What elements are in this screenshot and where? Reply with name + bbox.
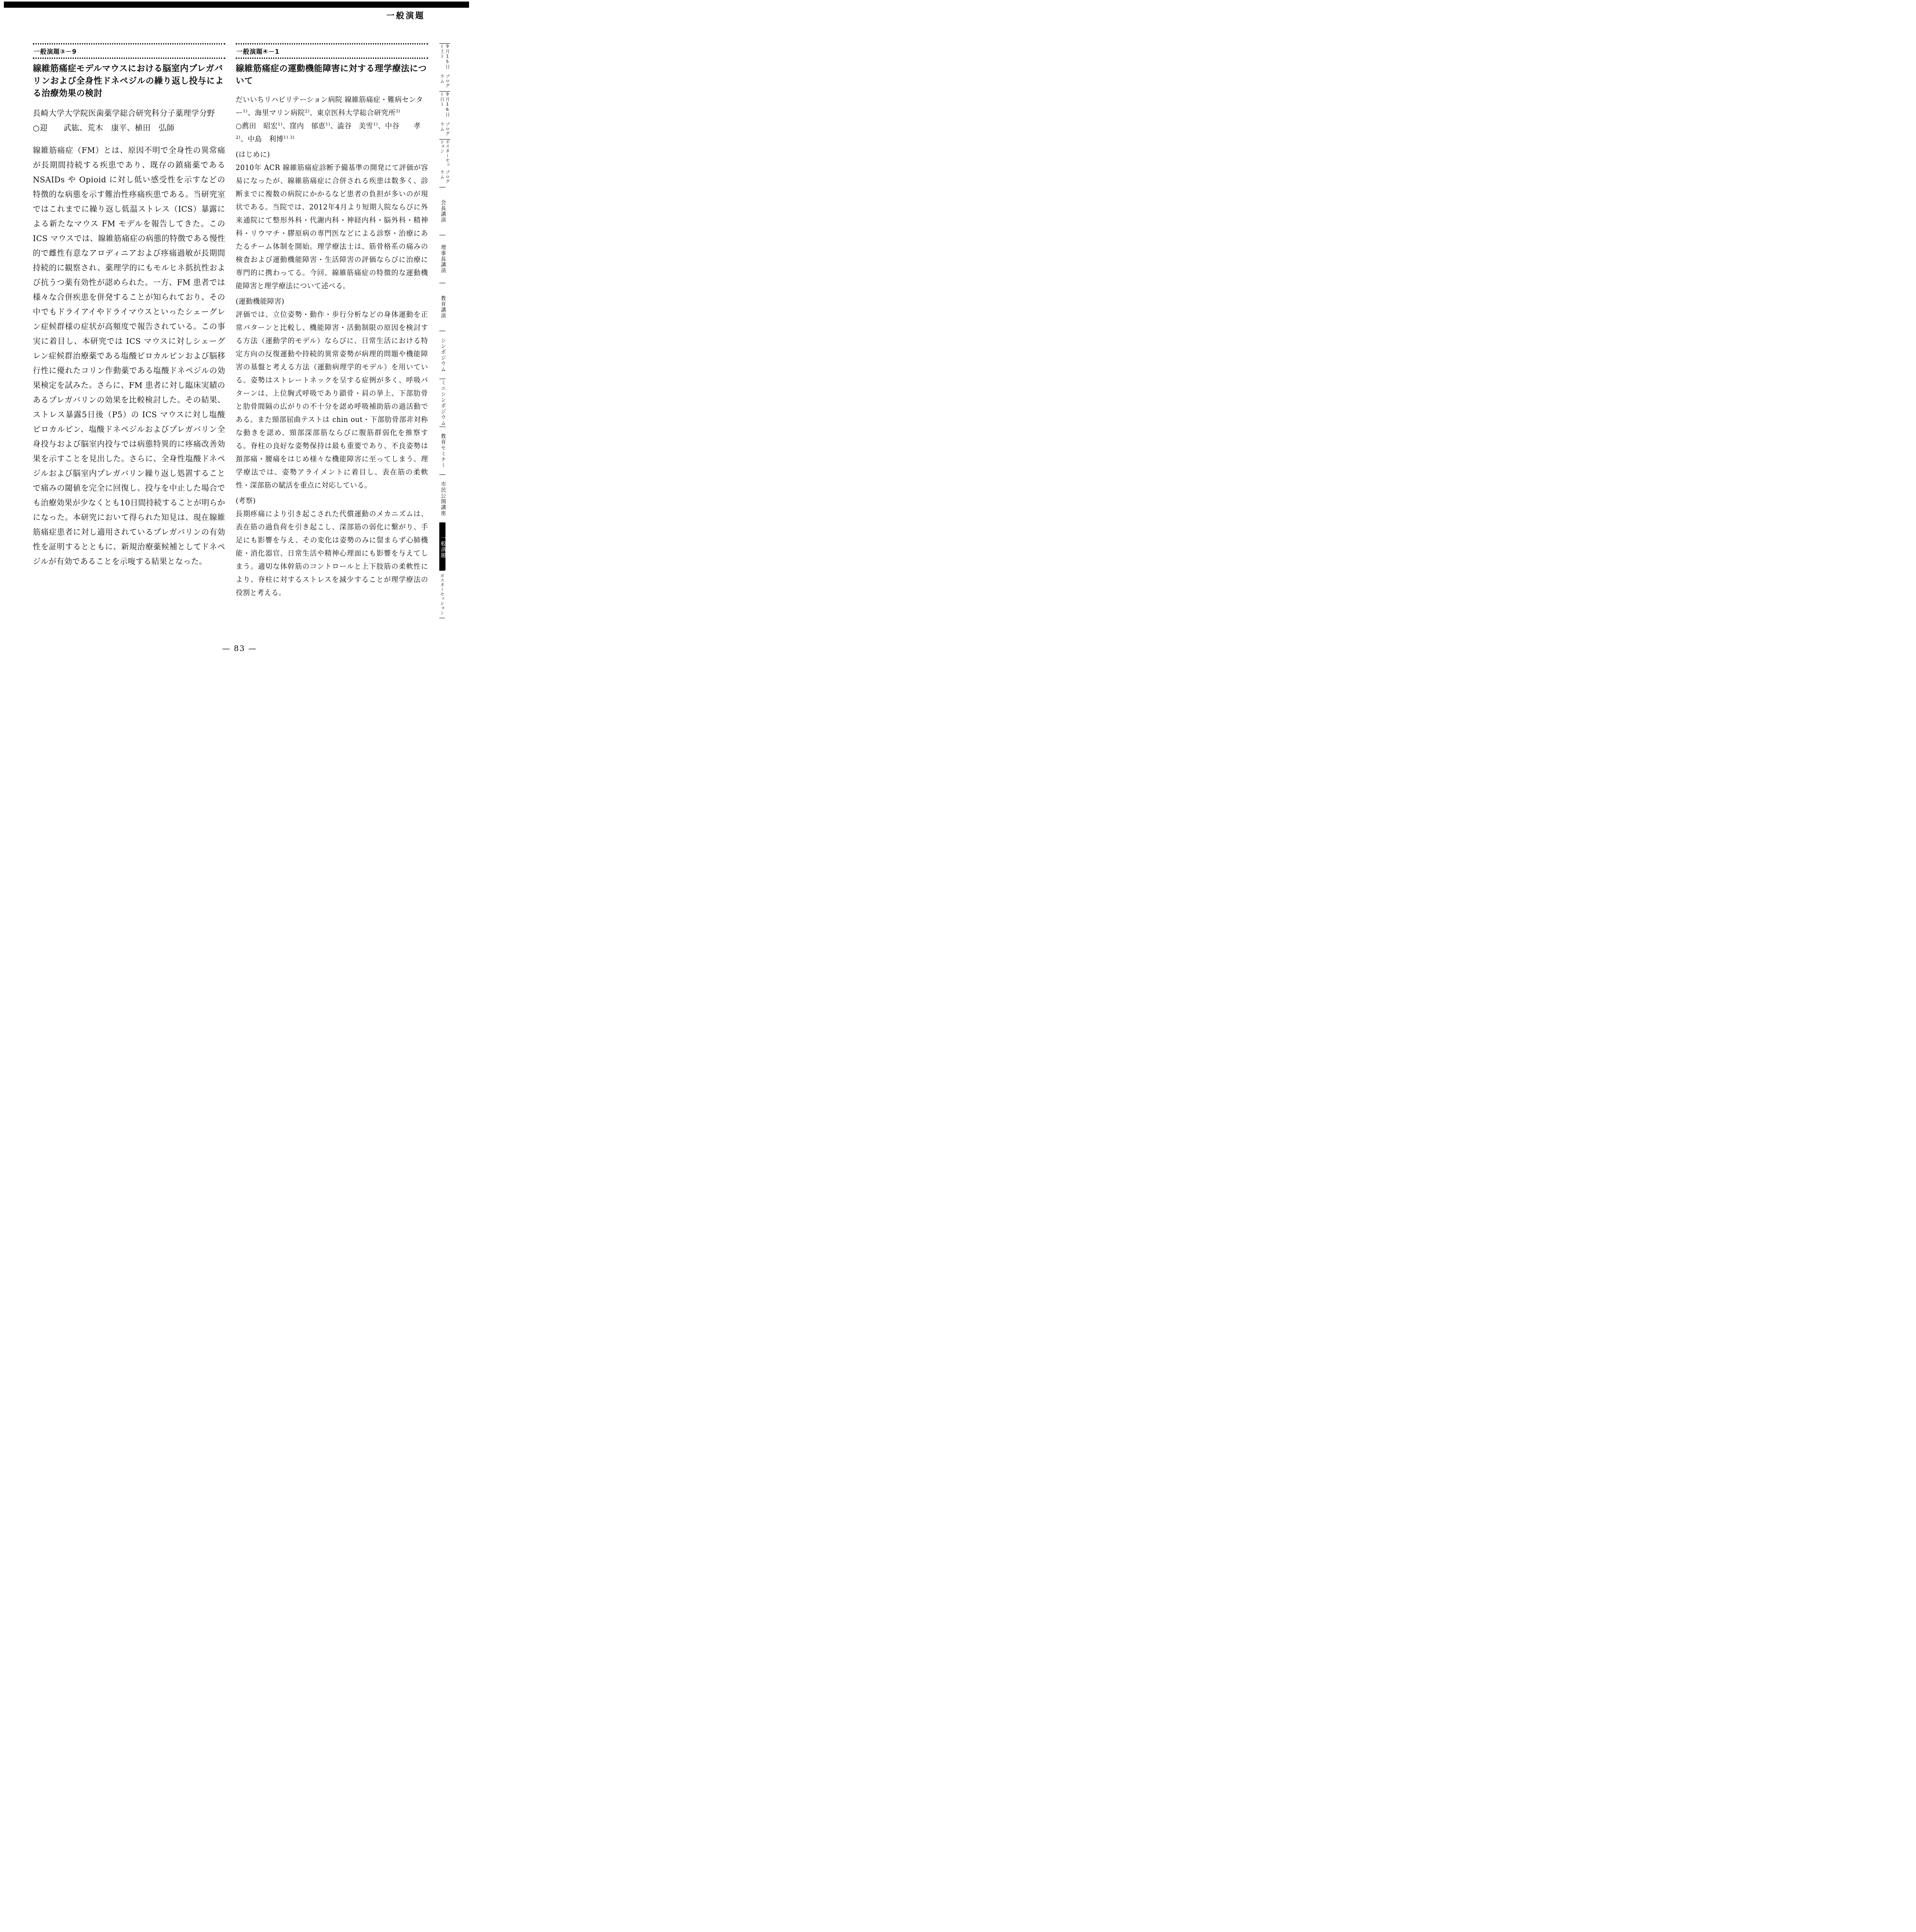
- abstract-right: 一般演題④－1 線維筋痛症の運動機能障害に対する理学療法について だいいちリハビ…: [236, 43, 428, 600]
- section-body: 2010年 ACR 線維筋痛症診断予備基準の開発にて評価が容易になったが、線維筋…: [236, 162, 428, 293]
- superscript-ref: 2): [305, 109, 309, 114]
- abstract-body: 線維筋痛症（FM）とは、原因不明で全身性の異常痛が長期間持続する疾患であり、既存…: [33, 143, 225, 569]
- section-body: 長期疼痛により引き起こされた代償運動のメカニズムは、表在筋の過負荷を引き起こし、…: [236, 508, 428, 600]
- text-run: 、澁谷 美雪: [330, 122, 373, 130]
- sidebar-tab-1: 9月15日(土)プログラム: [439, 43, 450, 91]
- sidebar-tab-11-active: 一般演題: [439, 522, 445, 570]
- text-run: 、東京医科大学総合研究所: [309, 109, 395, 117]
- abstract-title: 線維筋痛症の運動機能障害に対する理学療法について: [236, 63, 428, 87]
- sidebar-tab-10: 市民公開講座: [439, 474, 445, 522]
- thumb-index-sidebar: 9月15日(土)プログラム9月16日(日)プログラムポスターセッションプログラム…: [439, 43, 469, 618]
- authors: ○薦田 昭宏1)、窪内 郁恵1)、澁谷 美雪1)、中谷 孝2)、中島 利博1) …: [236, 120, 428, 146]
- superscript-ref: 2): [236, 135, 240, 140]
- superscript-ref: 1): [278, 122, 282, 127]
- section-body: 評価では、立位姿勢・動作・歩行分析などの身体運動を正常パターンと比較し、機能障害…: [236, 308, 428, 492]
- affiliation: 長崎大学大学院医歯薬学総合研究科分子薬理学分野: [33, 106, 225, 121]
- page-number: — 83 —: [0, 644, 479, 653]
- tab-label-line: 市民公開講座: [439, 481, 445, 516]
- sidebar-tab-2: 9月16日(日)プログラム: [439, 91, 450, 139]
- section-heading: (はじめに): [236, 148, 428, 162]
- text-run: 、窪内 郁恵: [282, 122, 325, 130]
- text-run: 、海里マリン病院: [248, 109, 305, 117]
- sidebar-tab-5: 理事長講演: [439, 235, 445, 283]
- section-discussion: (考察) 長期疼痛により引き起こされた代償運動のメカニズムは、表在筋の過負荷を引…: [236, 495, 428, 600]
- abstract-left: 一般演題③－9 線維筋痛症モデルマウスにおける脳室内プレガバリンおよび全身性ドネ…: [33, 43, 225, 569]
- tab-label-line: ポスターセッション: [439, 139, 450, 170]
- sidebar-tab-7: シンポジウム: [439, 331, 445, 379]
- authors: ○迎 武紘、荒木 康平、植田 弘師: [33, 121, 225, 135]
- tab-label-line: 9月16日(日): [439, 92, 450, 122]
- section-motor-dysfunction: (運動機能障害) 評価では、立位姿勢・動作・歩行分析などの身体運動を正常パターン…: [236, 295, 428, 492]
- superscript-ref: 3): [395, 109, 400, 114]
- tab-label-line: 教育セミナー: [439, 434, 445, 468]
- tab-label-line: プログラム: [439, 122, 450, 139]
- tab-label-line: 会長講演: [439, 200, 445, 223]
- text-run: ○薦田 昭宏: [236, 122, 278, 130]
- sidebar-tab-8: ミニシンポジウム: [439, 379, 445, 427]
- tab-label-line: セッション: [439, 592, 445, 615]
- tab-label-line: 一般演題: [439, 535, 445, 558]
- tab-label-line: ミニシンポジウム: [439, 380, 445, 426]
- section-heading: (運動機能障害): [236, 295, 428, 308]
- text-run: 、中谷 孝: [378, 122, 421, 130]
- tab-label-line: 教育講演: [439, 296, 445, 319]
- sidebar-tab-12: ポスターセッション: [439, 570, 445, 618]
- text-run: 、中島 利博: [240, 135, 283, 143]
- sidebar-tab-9: 教育セミナー: [439, 427, 445, 474]
- running-head-section-tag: 一般演題: [386, 9, 471, 21]
- superscript-ref: 1): [325, 122, 330, 127]
- sidebar-tab-3: ポスターセッションプログラム: [439, 139, 450, 187]
- sidebar-tab-4: 会長講演: [439, 187, 445, 235]
- affiliation: だいいちリハビリテーション病院 線維筋痛症・難病センター1)、海里マリン病院2)…: [236, 94, 428, 120]
- superscript-ref: 1): [373, 122, 378, 127]
- tab-label-line: シンポジウム: [439, 338, 445, 372]
- document-page: 一般演題 一般演題③－9 線維筋痛症モデルマウスにおける脳室内プレガバリンおよび…: [0, 0, 479, 678]
- superscript-ref: 1): [243, 109, 248, 114]
- abstract-title: 線維筋痛症モデルマウスにおける脳室内プレガバリンおよび全身性ドネペジルの繰り返し…: [33, 63, 225, 100]
- session-header: 一般演題③－9: [33, 43, 225, 59]
- session-label: 一般演題④－1: [236, 48, 280, 55]
- tab-label-line: 9月15日(土): [439, 44, 450, 74]
- tab-label-line: 理事長講演: [439, 245, 445, 274]
- section-introduction: (はじめに) 2010年 ACR 線維筋痛症診断予備基準の開発にて評価が容易にな…: [236, 148, 428, 293]
- tab-label-line: プログラム: [439, 170, 450, 187]
- session-header: 一般演題④－1: [236, 43, 428, 59]
- tab-label-line: プログラム: [439, 74, 450, 91]
- tab-label-line: ポスター: [439, 573, 445, 592]
- sidebar-tab-6: 教育講演: [439, 283, 445, 331]
- section-heading: (考察): [236, 495, 428, 508]
- session-label: 一般演題③－9: [34, 48, 77, 55]
- superscript-ref: 1) 3): [283, 135, 294, 140]
- top-black-bar: [4, 2, 469, 8]
